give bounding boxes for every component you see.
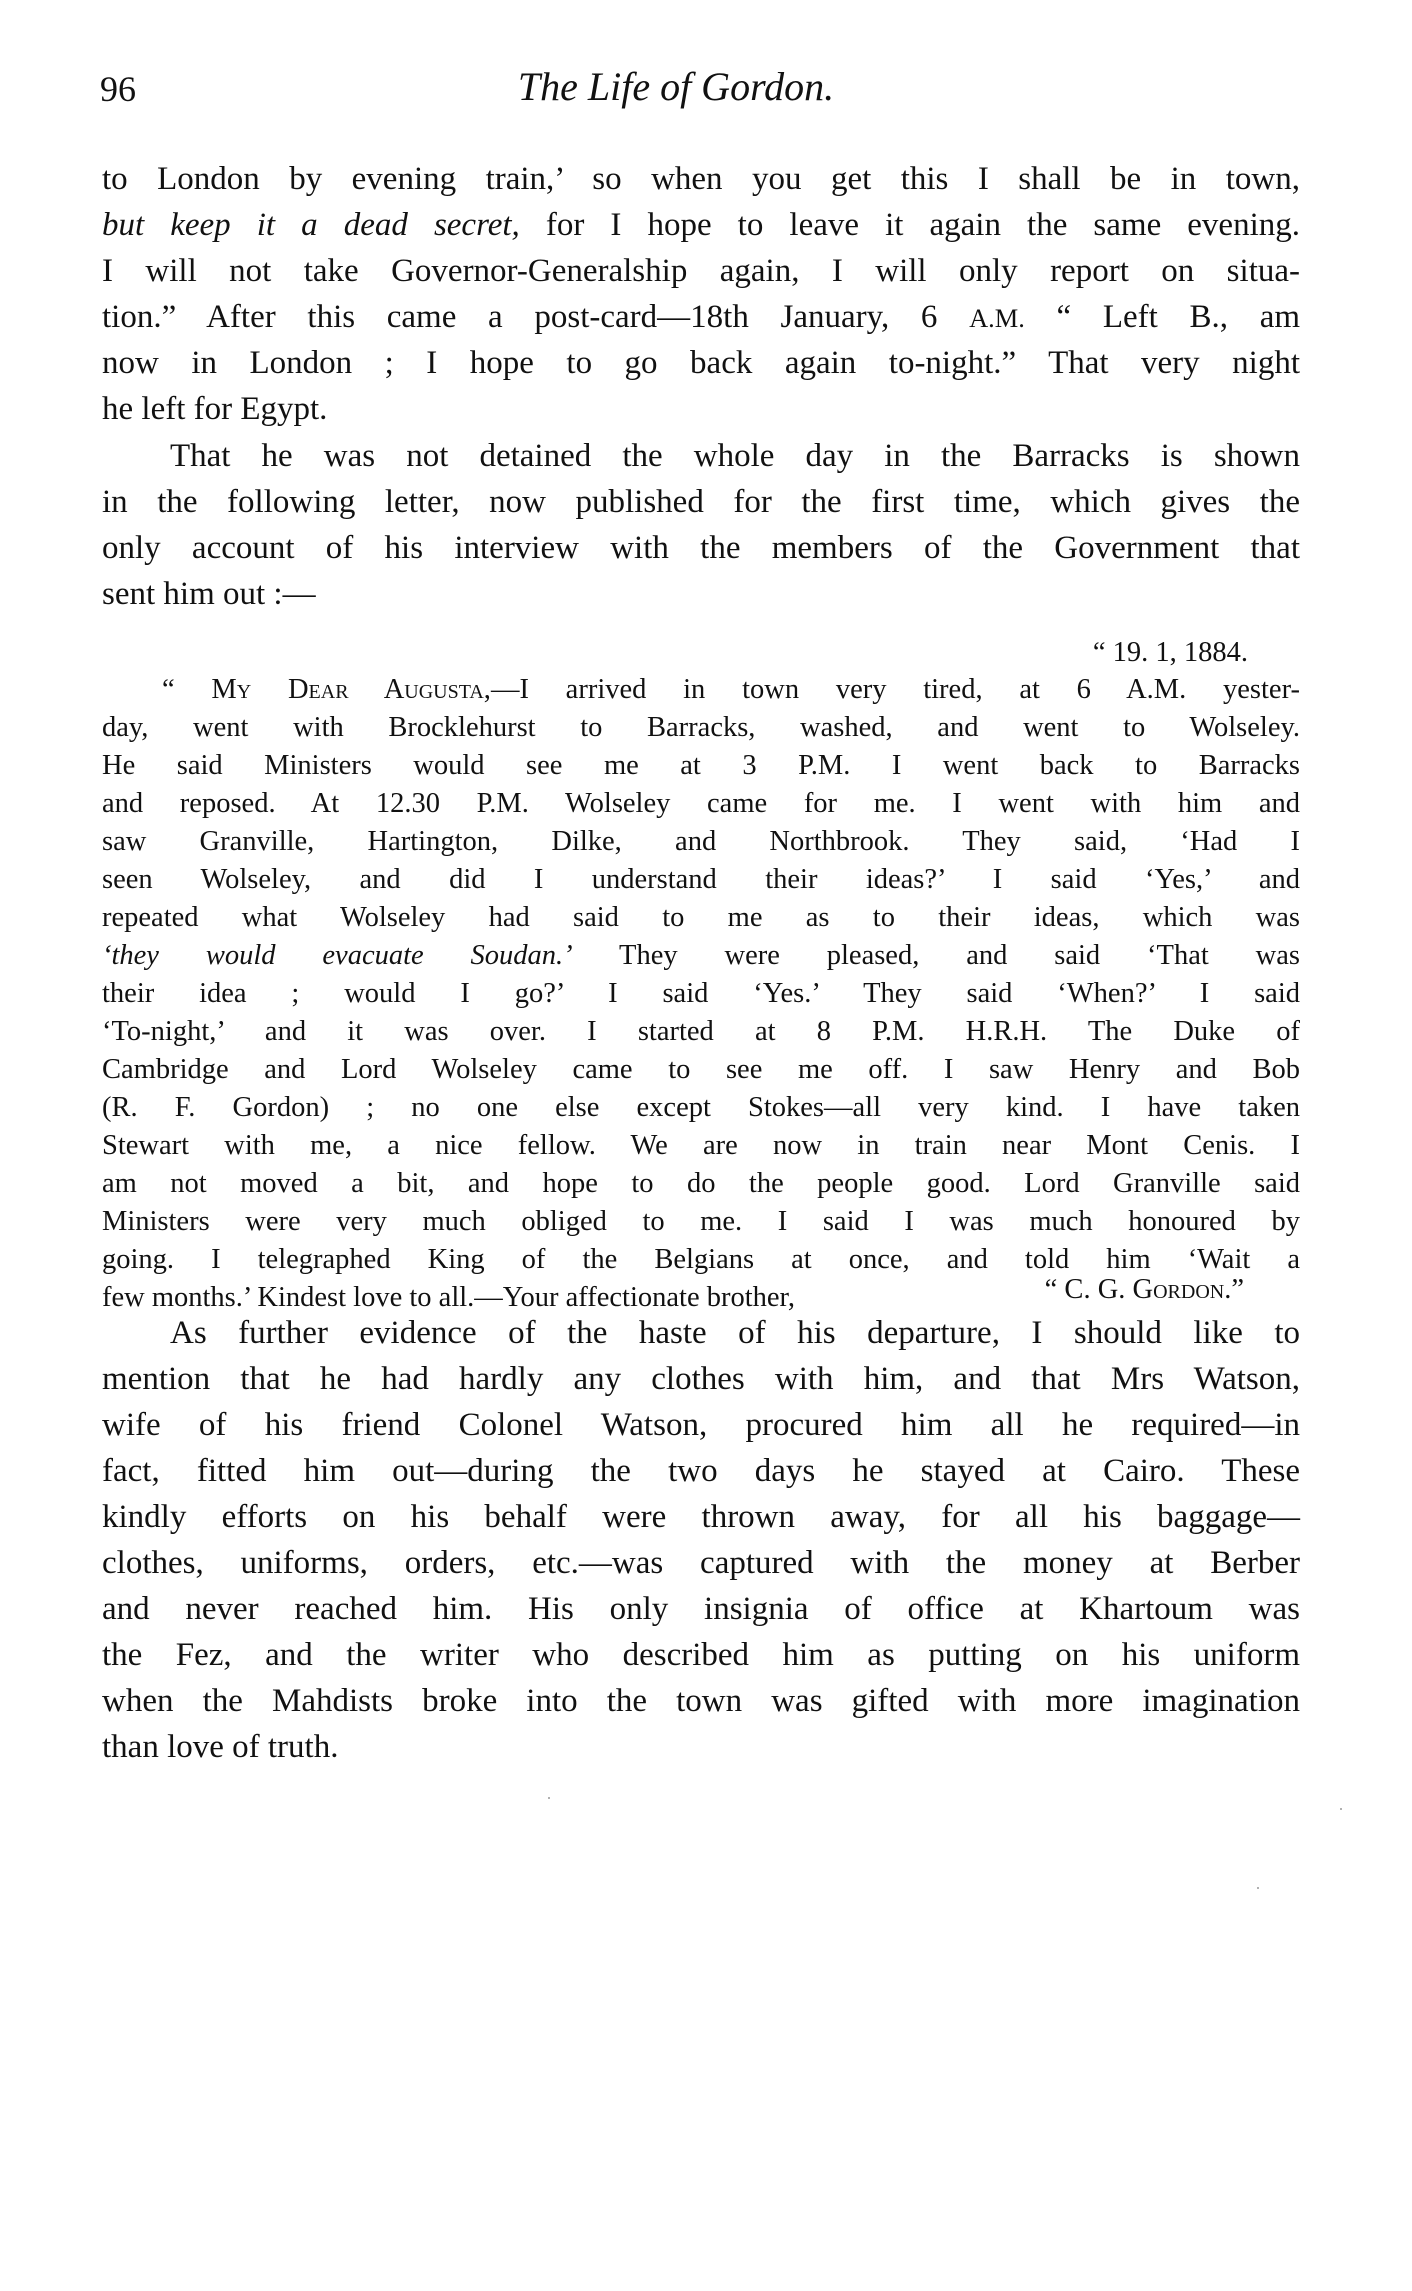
text-span: tion.” After this came a post-card—18th … xyxy=(102,299,937,335)
letter-line: (R. F. Gordon) ; no one else except Stok… xyxy=(102,1088,1300,1127)
scan-speck xyxy=(1340,1808,1342,1810)
letter-line: and reposed. At 12.30 P.M. Wolseley came… xyxy=(102,784,1300,823)
letter-line: repeated what Wolseley had said to me as… xyxy=(102,898,1300,937)
text-line: I will not take Governor-Generalship aga… xyxy=(102,248,1300,294)
book-page: 96 The Life of Gordon. to London by even… xyxy=(0,0,1412,2291)
time-abbrev: A.M. xyxy=(969,303,1025,333)
letter-line: Ministers were very much obliged to me. … xyxy=(102,1202,1300,1241)
text-line: only account of his interview with the m… xyxy=(102,525,1300,571)
letter-line: am not moved a bit, and hope to do the p… xyxy=(102,1164,1300,1203)
text-span: for I hope to leave it again the same ev… xyxy=(546,207,1300,243)
letter-line: He said Ministers would see me at 3 P.M.… xyxy=(102,746,1300,785)
text-line: wife of his friend Colonel Watson, procu… xyxy=(102,1402,1300,1448)
italic-quote: ‘they would evacuate Soudan.’ xyxy=(102,940,573,971)
text-span: They were pleased, and said ‘That was xyxy=(619,940,1300,971)
text-line: in the following letter, now published f… xyxy=(102,479,1300,525)
scan-speck xyxy=(1257,1887,1259,1889)
letter-signature: “ C. G. Gordon.” xyxy=(1045,1270,1244,1309)
text-line: when the Mahdists broke into the town wa… xyxy=(102,1678,1300,1724)
letter-line: “ My Dear Augusta,—I arrived in town ver… xyxy=(102,670,1300,709)
text-line: to London by evening train,’ so when you… xyxy=(102,156,1300,202)
letter-line: ‘To-night,’ and it was over. I started a… xyxy=(102,1012,1300,1051)
text-line: than love of truth. xyxy=(102,1724,1300,1770)
letter-line: day, went with Brocklehurst to Barracks,… xyxy=(102,708,1300,747)
letter-line: saw Granville, Hartington, Dilke, and No… xyxy=(102,822,1300,861)
text-line: tion.” After this came a post-card—18th … xyxy=(102,294,1300,340)
scan-speck xyxy=(548,1797,550,1799)
text-line: fact, fitted him out—during the two days… xyxy=(102,1448,1300,1494)
text-line: he left for Egypt. xyxy=(102,386,1300,432)
text-span: —I arrived in town very tired, at 6 A.M.… xyxy=(491,674,1300,705)
letter-line: seen Wolseley, and did I understand thei… xyxy=(102,860,1300,899)
text-line: As further evidence of the haste of his … xyxy=(102,1310,1300,1356)
text-line: but keep it a dead secret, for I hope to… xyxy=(102,202,1300,248)
text-line: now in London ; I hope to go back again … xyxy=(102,340,1300,386)
italic-phrase: but keep it a dead secret, xyxy=(102,207,520,243)
text-line: clothes, uniforms, orders, etc.—was capt… xyxy=(102,1540,1300,1586)
running-title: The Life of Gordon. xyxy=(0,62,1412,112)
letter-line: their idea ; would I go?’ I said ‘Yes.’ … xyxy=(102,974,1300,1013)
text-line: and never reached him. His only insignia… xyxy=(102,1586,1300,1632)
letter-line: Stewart with me, a nice fellow. We are n… xyxy=(102,1126,1300,1165)
text-line: mention that he had hardly any clothes w… xyxy=(102,1356,1300,1402)
letter-line: Cambridge and Lord Wolseley came to see … xyxy=(102,1050,1300,1089)
text-line: kindly efforts on his behalf were thrown… xyxy=(102,1494,1300,1540)
text-line: the Fez, and the writer who described hi… xyxy=(102,1632,1300,1678)
text-line: That he was not detained the whole day i… xyxy=(102,433,1300,479)
salutation: “ My Dear Augusta, xyxy=(162,674,491,705)
text-line: sent him out :— xyxy=(102,571,1300,617)
text-span: “ Left B., am xyxy=(1057,299,1300,335)
letter-line: ‘they would evacuate Soudan.’ They were … xyxy=(102,936,1300,975)
letter-date: “ 19. 1, 1884. xyxy=(1093,633,1248,672)
